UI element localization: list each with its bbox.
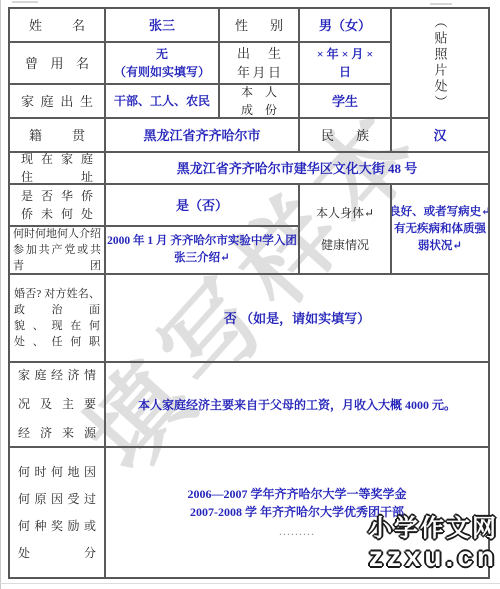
- native-place-label-cell: 籍贯: [9, 118, 105, 152]
- awards-label-line4: 处分: [18, 540, 96, 567]
- name-label: 姓名: [29, 16, 85, 35]
- form-table: 姓名 张三 性别 男（女） （贴照片处） 曾用名 无 （有则如实填写） 出生 年…: [8, 7, 490, 579]
- join-league-label-line1: 何时何地何人介绍: [13, 226, 101, 242]
- marriage-value-cell: 否 （如是，请如实填写）: [105, 274, 489, 362]
- economy-label-cell: 家庭经济情 况及主要 经济来源: [9, 362, 105, 447]
- photo-cell: （贴照片处）: [391, 8, 489, 118]
- health-value-line3: 弱状况↵: [418, 238, 462, 255]
- awards-label-line2: 何原因受过: [18, 486, 96, 513]
- site-watermark-name: 小学作文网: [368, 516, 498, 541]
- former-name-label: 曾用名: [25, 54, 89, 73]
- birth-label-cell: 出生 年月日: [219, 42, 299, 84]
- awards-label-line1: 何时何地因: [18, 459, 96, 486]
- overseas-label-cell: 是否华侨 侨未何处: [9, 184, 105, 226]
- awards-label-line3: 何种奖励或: [18, 513, 96, 540]
- sex-label-cell: 性别: [219, 8, 299, 42]
- economy-label-line2: 况及主要: [18, 390, 96, 419]
- native-place-label: 籍贯: [29, 126, 85, 145]
- self-status-label-cell: 本人 成份: [219, 84, 299, 118]
- ethnicity-value: 汉: [433, 126, 446, 145]
- address-label-line1: 现在家庭: [21, 152, 93, 168]
- join-league-label-line3: 青团: [13, 258, 101, 274]
- health-label-line2: 健康情况: [321, 236, 369, 254]
- overseas-value: 是（否）: [176, 196, 228, 215]
- awards-label-cell: 何时何地因 何原因受过 何种奖励或 处分: [9, 447, 105, 578]
- address-value-cell: 黑龙江省齐齐哈尔市建华区文化大街 48 号: [105, 152, 489, 184]
- address-label-line2: 住址: [21, 168, 93, 184]
- awards-value-line1: 2006—2007 学年齐齐哈尔大学一等奖学金: [187, 485, 406, 503]
- page-edge-bottom: [0, 583, 500, 584]
- marriage-label-line2: 政治面: [14, 302, 100, 318]
- self-status-label-line1: 本人: [241, 84, 277, 101]
- scan-artifact: [430, 3, 452, 5]
- scan-artifact: [12, 1, 38, 3]
- address-label-cell: 现在家庭 住址: [9, 152, 105, 184]
- economy-label-line3: 经济来源: [18, 419, 96, 447]
- self-status-label-line2: 成份: [241, 101, 277, 118]
- marriage-label-cell: 婚否? 对方姓名、 政治面 貌、现在何 处、任何职: [9, 274, 105, 362]
- ethnicity-label-cell: 民族: [299, 118, 391, 152]
- family-origin-value: 干部、工人、农民: [114, 92, 210, 110]
- sex-label: 性别: [235, 16, 283, 35]
- health-label-cell: 本人身体↵ 健康情况: [299, 184, 391, 274]
- birth-value-cell: × 年 × 月 × 日: [299, 42, 391, 84]
- name-label-cell: 姓名: [9, 8, 105, 42]
- birth-label-line1: 出生: [237, 44, 281, 63]
- marriage-value: 否 （如是，请如实填写）: [224, 309, 370, 328]
- overseas-label-line2: 侨未何处: [21, 205, 93, 223]
- join-league-label-cell: 何时何地何人介绍 参加共产党或共 青团: [9, 226, 105, 274]
- marriage-label-line4: 处、任何职: [14, 334, 100, 350]
- economy-value-cell: 本人家庭经济主要来自于父母的工资，月收入大概 4000 元。: [105, 362, 489, 447]
- family-origin-value-cell: 干部、工人、农民: [105, 84, 219, 118]
- ethnicity-label: 民族: [321, 126, 369, 145]
- marriage-label-line1: 婚否? 对方姓名、: [14, 286, 100, 302]
- join-league-value-line1: 2000 年 1 月 齐齐哈尔市实验中学入团: [107, 233, 297, 250]
- former-name-value-cell: 无 （有则如实填写）: [105, 42, 219, 84]
- former-name-label-cell: 曾用名: [9, 42, 105, 84]
- site-watermark: 小学作文网 zzxu.cn: [368, 516, 498, 571]
- overseas-label-line1: 是否华侨: [21, 187, 93, 205]
- native-place-value: 黑龙江省齐齐哈尔市: [143, 126, 260, 145]
- overseas-value-cell: 是（否）: [105, 184, 299, 226]
- photo-placeholder-text: （贴照片处）: [431, 15, 450, 111]
- health-value-cell: 良好、或者写病史↵ 有无疾病和体质强 弱状况↵: [391, 184, 489, 274]
- family-origin-label: 家庭出生: [21, 92, 93, 111]
- economy-label-line1: 家庭经济情: [18, 362, 96, 390]
- former-name-value-line2: （有则如实填写）: [114, 63, 210, 81]
- self-status-value: 学生: [332, 92, 358, 111]
- economy-value: 本人家庭经济主要来自于父母的工资，月收入大概 4000 元。: [138, 396, 456, 414]
- family-origin-label-cell: 家庭出生: [9, 84, 105, 118]
- awards-value-dots: .........: [279, 521, 315, 541]
- birth-value-line2: 日: [339, 63, 351, 81]
- join-league-label-line2: 参加共产党或共: [13, 242, 101, 258]
- name-value: 张三: [149, 16, 175, 35]
- birth-value-line1: × 年 × 月 ×: [317, 45, 374, 63]
- join-league-value-cell: 2000 年 1 月 齐齐哈尔市实验中学入团 张三介绍↵: [105, 226, 299, 274]
- address-value: 黑龙江省齐齐哈尔市建华区文化大街 48 号: [177, 159, 418, 178]
- page-edge-left: [0, 0, 1, 589]
- join-league-value-line2: 张三介绍↵: [174, 250, 230, 267]
- health-label-line1: 本人身体↵: [316, 204, 374, 222]
- health-value-line2: 有无疾病和体质强: [394, 221, 486, 238]
- birth-label-line2: 年月日: [237, 63, 281, 82]
- marriage-label-line3: 貌、现在何: [14, 318, 100, 334]
- name-value-cell: 张三: [105, 8, 219, 42]
- former-name-value-line1: 无: [156, 45, 168, 63]
- health-value-line1: 良好、或者写病史↵: [391, 204, 489, 221]
- sex-value: 男（女）: [319, 16, 371, 35]
- site-watermark-url: zzxu.cn: [368, 542, 498, 571]
- self-status-value-cell: 学生: [299, 84, 391, 118]
- ethnicity-value-cell: 汉: [391, 118, 489, 152]
- sex-value-cell: 男（女）: [299, 8, 391, 42]
- native-place-value-cell: 黑龙江省齐齐哈尔市: [105, 118, 299, 152]
